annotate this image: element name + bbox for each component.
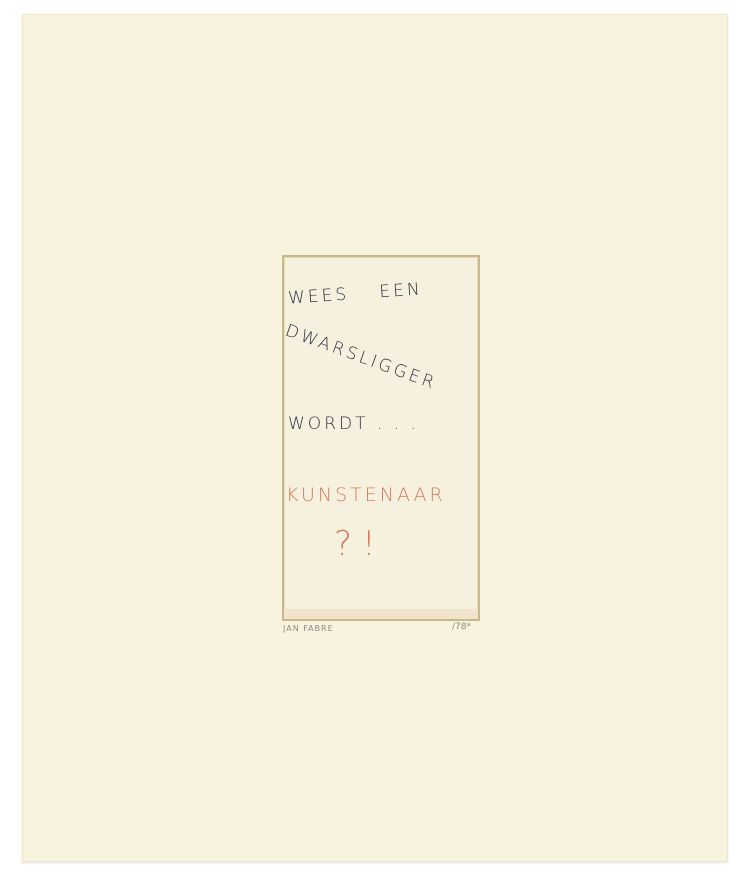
artist-signature: JAN FABRE <box>283 624 334 633</box>
text-line-3: WORDT . . . <box>288 414 419 434</box>
edition-number: /78* <box>452 622 471 632</box>
text-line-4: KUNSTENAAR <box>286 484 446 506</box>
paper-edge-strip <box>284 609 478 619</box>
artwork-window <box>282 255 480 621</box>
text-line-5: ?! <box>334 524 386 564</box>
